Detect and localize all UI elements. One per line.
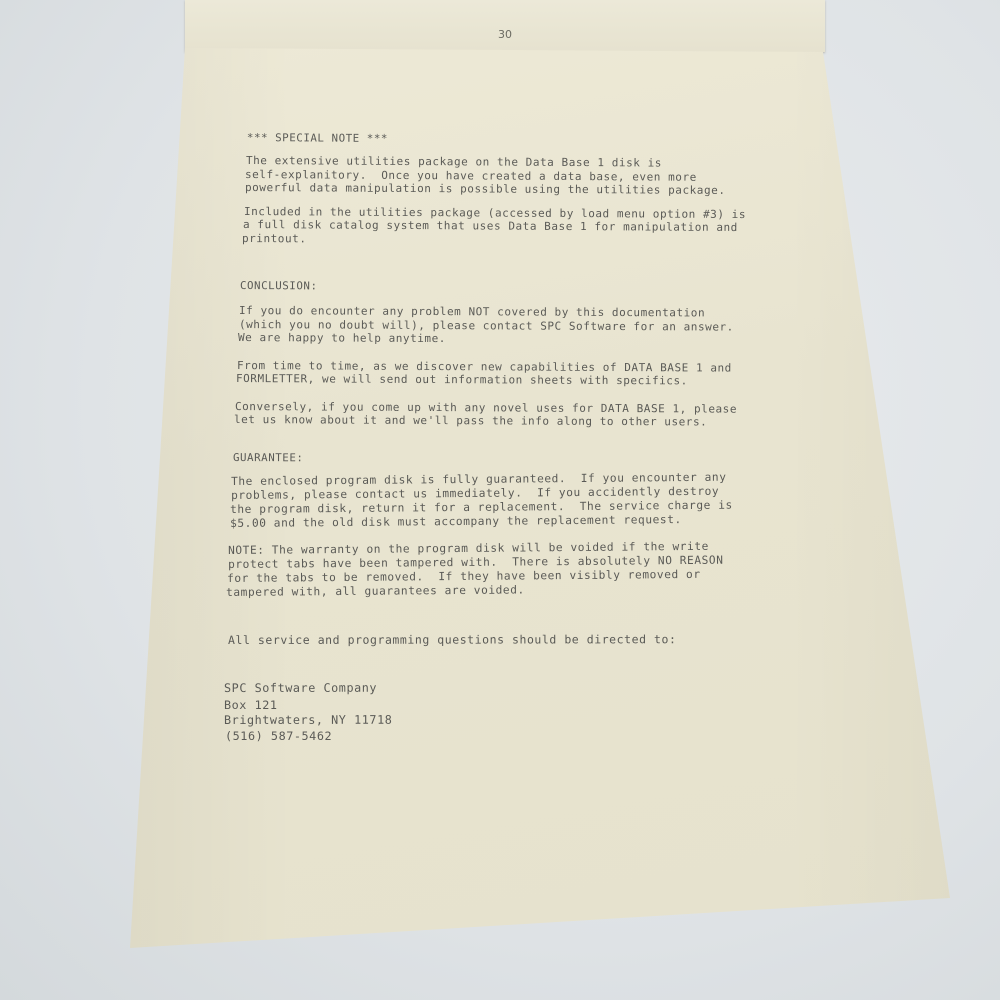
contact-city: Brightwaters, NY 11718 bbox=[224, 714, 392, 728]
contact-company: SPC Software Company bbox=[224, 682, 377, 696]
conclusion-line: We are happy to help anytime. bbox=[238, 331, 446, 346]
guarantee-heading: GUARANTEE: bbox=[232, 451, 303, 465]
contact-phone: (516) 587-5462 bbox=[225, 730, 332, 744]
special-note-heading: *** SPECIAL NOTE *** bbox=[247, 131, 388, 145]
previous-page-fold: 30 bbox=[185, 0, 825, 52]
conclusion-line: FORMLETTER, we will send out information… bbox=[236, 372, 688, 388]
guarantee-line: tampered with, all guarantees are voided… bbox=[226, 583, 525, 599]
contact-box: Box 121 bbox=[224, 699, 278, 713]
conclusion-line: let us know about it and we'll pass the … bbox=[234, 413, 707, 429]
contact-intro: All service and programming questions sh… bbox=[228, 633, 676, 647]
special-note-line: printout. bbox=[242, 232, 307, 246]
conclusion-heading: CONCLUSION: bbox=[240, 279, 318, 293]
page-number: 30 bbox=[185, 28, 825, 41]
